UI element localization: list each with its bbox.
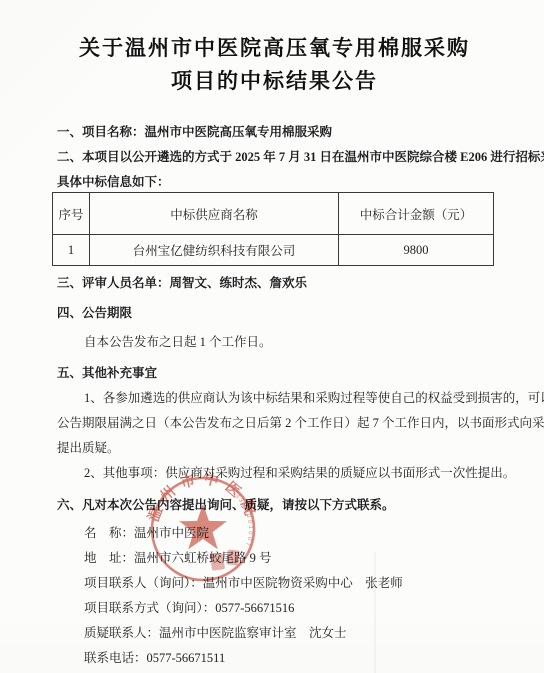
- page-title: 关于温州市中医院高压氧专用棉服采购 项目的中标结果公告: [57, 32, 492, 98]
- contact-phone: 联系电话：0577-56671511: [57, 646, 492, 671]
- table-row: 1 台州宝亿健纺织科技有限公司 9800: [53, 235, 494, 266]
- contact-project-person-label: 项目联系人（询问）：: [84, 576, 203, 590]
- contact-name: 名 称：温州市中医院: [57, 521, 492, 546]
- table-header-supplier: 中标供应商名称: [90, 193, 339, 235]
- contact-name-value: 温州市中医院: [134, 526, 209, 540]
- contact-list: 名 称：温州市中医院 地 址：温州市六虹桥蛟尾路 9 号 项目联系人（询问）：温…: [57, 521, 492, 671]
- section-procurement-method-line1: 二、本项目以公开遴选的方式于 2025 年 7 月 31 日在温州市中医院综合楼…: [57, 145, 492, 170]
- contact-phone-value: 0577-56671511: [147, 651, 226, 665]
- title-line-2: 项目的中标结果公告: [171, 69, 378, 93]
- supplementary-item2: 2、其他事项：供应商对采购过程和采购结果的质疑应以书面形式一次性提出。: [57, 461, 492, 486]
- section-contact-heading: 六、凡对本次公告内容提出询问、质疑，请按以下方式联系。: [57, 493, 492, 518]
- contact-complaint-person-label: 质疑联系人：: [84, 626, 159, 640]
- section-announcement-period-body: 自本公告发布之日起 1 个工作日。: [57, 330, 492, 355]
- contact-address: 地 址：温州市六虹桥蛟尾路 9 号: [57, 546, 492, 571]
- contact-name-label: 名 称：: [84, 526, 134, 540]
- contact-project-phone-label: 项目联系方式（询问）：: [84, 601, 215, 615]
- contact-address-label: 地 址：: [84, 551, 134, 565]
- supplementary-item1-line1: 1、各参加遴选的供应商认为该中标结果和采购过程等使自己的权益受到损害的，可以自本: [57, 386, 492, 411]
- section-supplementary-heading: 五、其他补充事宜: [57, 361, 492, 386]
- table-cell-no: 1: [53, 235, 90, 266]
- table-cell-supplier: 台州宝亿健纺织科技有限公司: [90, 235, 339, 266]
- contact-project-person-value: 温州市中医院物资采购中心 张老师: [203, 576, 403, 590]
- contact-project-phone: 项目联系方式（询问）：0577-56671516: [57, 596, 492, 621]
- scanned-announcement-page: 关于温州市中医院高压氧专用棉服采购 项目的中标结果公告 一、项目名称：温州市中医…: [0, 0, 544, 673]
- contact-complaint-person-value: 温州市中医院监察审计室 沈女士: [159, 626, 347, 640]
- table-header-no: 序号: [53, 193, 90, 235]
- title-line-1: 关于温州市中医院高压氧专用棉服采购: [79, 36, 470, 60]
- table-cell-amount: 9800: [339, 235, 494, 266]
- document-body: 关于温州市中医院高压氧专用棉服采购 项目的中标结果公告 一、项目名称：温州市中医…: [57, 0, 492, 671]
- scan-crease-line: [374, 552, 376, 673]
- section-review-panel: 三、评审人员名单：周智文、练时杰、詹欢乐: [57, 271, 492, 296]
- table-header-amount: 中标合计金额（元）: [339, 193, 494, 235]
- supplementary-item1-line2: 公告期限届满之日（本公告发布之日后第 2 个工作日）起 7 个工作日内，以书面形…: [57, 411, 492, 436]
- contact-project-phone-value: 0577-56671516: [215, 601, 294, 615]
- contact-project-person: 项目联系人（询问）：温州市中医院物资采购中心 张老师: [57, 571, 492, 596]
- contact-address-value: 温州市六虹桥蛟尾路 9 号: [134, 551, 272, 565]
- supplementary-item1-line3: 提出质疑。: [57, 436, 492, 461]
- contact-phone-label: 联系电话：: [84, 651, 147, 665]
- section-announcement-period-heading: 四、公告期限: [57, 301, 492, 326]
- bid-result-table: 序号 中标供应商名称 中标合计金额（元） 1 台州宝亿健纺织科技有限公司 980…: [52, 192, 494, 266]
- table-header-row: 序号 中标供应商名称 中标合计金额（元）: [53, 193, 494, 235]
- bid-result-table-wrap: 序号 中标供应商名称 中标合计金额（元） 1 台州宝亿健纺织科技有限公司 980…: [52, 192, 492, 266]
- contact-complaint-person: 质疑联系人：温州市中医院监察审计室 沈女士: [57, 621, 492, 646]
- section-project-name: 一、项目名称：温州市中医院高压氧专用棉服采购: [57, 120, 492, 145]
